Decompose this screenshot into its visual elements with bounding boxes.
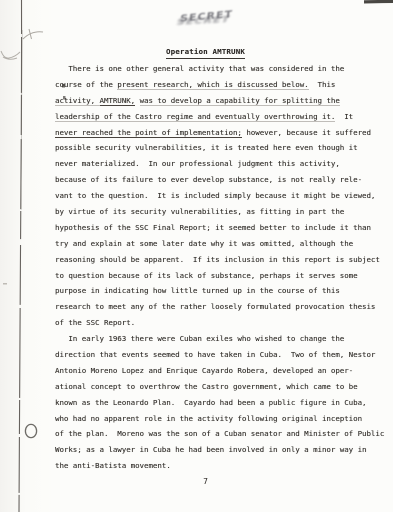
text-line: of the SSC Report. <box>55 315 390 331</box>
text-line: because of its failure to ever develop s… <box>55 172 390 188</box>
text-line: reasoning should be apparent. If its inc… <box>55 252 390 268</box>
text-line: direction that events seemed to have tak… <box>55 347 390 363</box>
text-line: leadership of the Castro regime and even… <box>55 109 390 125</box>
text-line: hypothesis of the SSC Final Report; it s… <box>55 220 390 236</box>
page-number: 7 <box>18 477 393 486</box>
text-line: never reached the point of implementatio… <box>55 125 390 141</box>
text-line: There is one other general activity that… <box>55 61 390 77</box>
text-line: Antonio Moreno Lopez and Enrique Cayardo… <box>55 363 390 379</box>
text-line: ational concept to overthrow the Castro … <box>55 379 390 395</box>
body-text: There is one other general activity that… <box>55 61 390 474</box>
scanned-document-page: SECRET SECRET Operation AMTRUNK There is… <box>0 0 393 512</box>
text-line: by virtue of its security vulnerabilitie… <box>55 204 390 220</box>
classification-stamp: SECRET SECRET <box>180 10 240 32</box>
text-line: course of the present research, which is… <box>55 77 390 93</box>
text-line: try and explain at some later date why i… <box>55 236 390 252</box>
document-title-text: Operation AMTRUNK <box>166 47 245 59</box>
ink-speck <box>3 283 7 285</box>
text-line: vant to the question. It is included sim… <box>55 188 390 204</box>
text-line: purpose in indicating how little turned … <box>55 283 390 299</box>
text-line: to question because of its lack of subst… <box>55 268 390 284</box>
hole-punch <box>25 424 36 437</box>
page-edge-line <box>19 0 22 512</box>
corner-scan-bar <box>364 0 393 3</box>
text-line: Works; as a lawyer in Cuba he had been i… <box>55 442 390 458</box>
text-line: activity, AMTRUNK, was to develop a capa… <box>55 93 390 109</box>
text-line: research to meet any of the rather loose… <box>55 299 390 315</box>
text-line: possible security vulnerabilities, it is… <box>55 140 390 156</box>
pencil-mark-top <box>23 29 43 39</box>
text-line: the anti-Batista movement. <box>55 458 390 474</box>
text-line: known as the Leonardo Plan. Cayardo had … <box>55 395 390 411</box>
text-line: of the plan. Moreno was the son of a Cub… <box>55 426 390 442</box>
text-line: never materialized. In our professional … <box>55 156 390 172</box>
text-line: who had no apparent role in the activity… <box>55 411 390 427</box>
document-title: Operation AMTRUNK <box>18 39 393 59</box>
text-line: In early 1963 there were Cuban exiles wh… <box>55 331 390 347</box>
